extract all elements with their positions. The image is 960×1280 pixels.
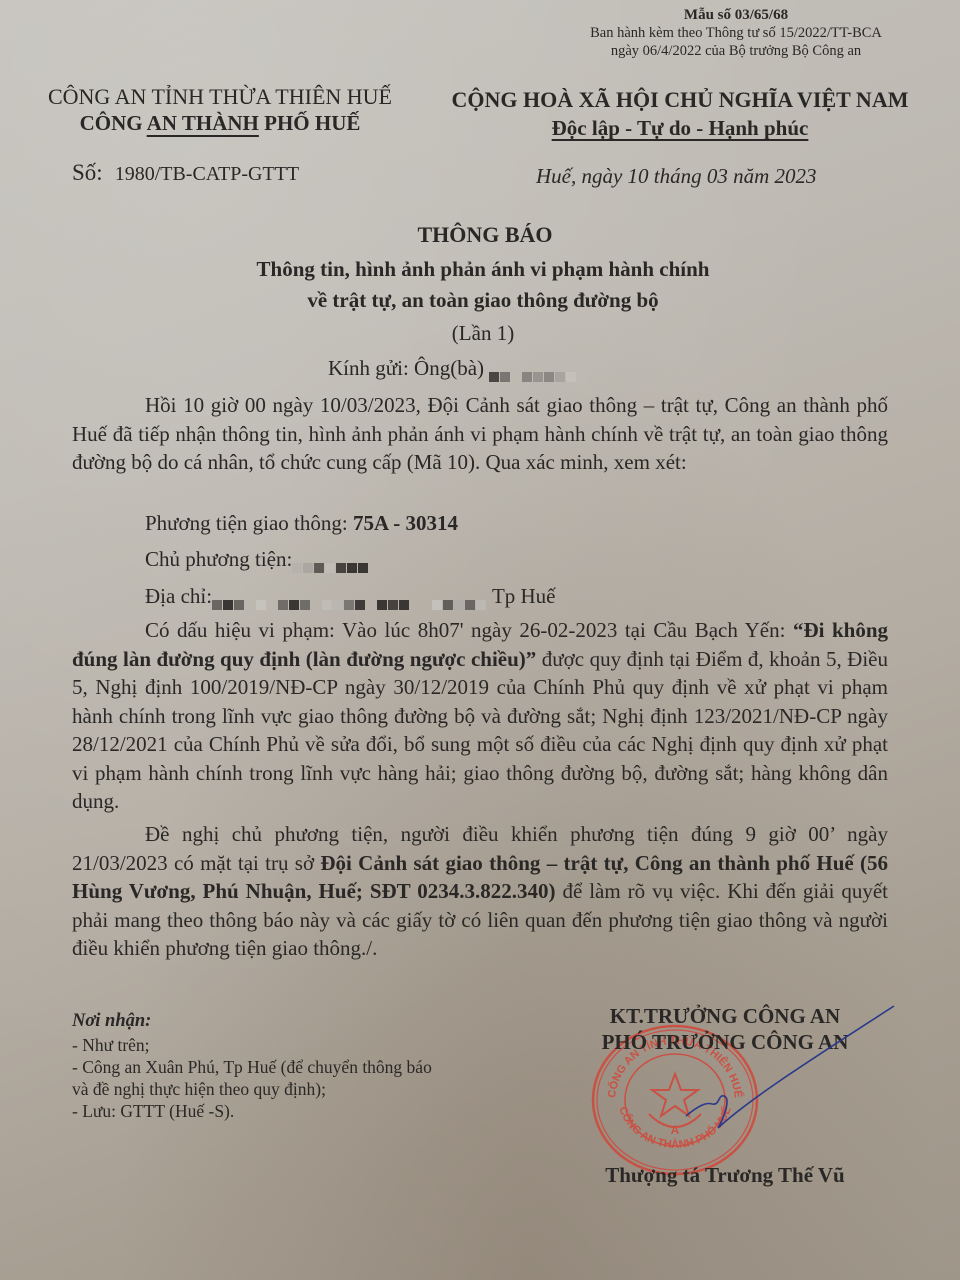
handwritten-signature-icon [680,998,900,1138]
place-date: Huế, ngày 10 tháng 03 năm 2023 [536,164,817,189]
document-title: THÔNG BÁO [0,222,960,248]
agency-name-underlined: AN THÀNH [147,111,259,135]
agency-name-part: PHỐ HUẾ [259,111,361,135]
recipient-item: - Như trên; [72,1034,432,1056]
paragraph-intake: Hồi 10 giờ 00 ngày 10/03/2023, Đội Cảnh … [72,391,888,477]
form-code: Mẫu số 03/65/68 [566,6,906,24]
document-subtitle: Thông tin, hình ảnh phản ánh vi phạm hàn… [0,254,960,316]
subtitle-line: về trật tự, an toàn giao thông đường bộ [0,285,960,316]
nation-motto: Độc lập - Tự do - Hạnh phúc [552,116,809,140]
address-label: Địa chỉ: [145,584,212,608]
vehicle-field: Phương tiện giao thông: 75A - 30314 [145,511,458,536]
paragraph-request: Đề nghị chủ phương tiện, người điều khiể… [72,820,888,963]
vehicle-label: Phương tiện giao thông: [145,511,348,535]
recipient-item: và đề nghị thực hiện theo quy định); [72,1078,432,1100]
redacted-name [489,363,588,377]
addressee: Kính gửi: Ông(bà) [328,356,588,381]
agency-name-part: CÔNG [80,111,147,135]
nation-name: CỘNG HOÀ XÃ HỘI CHỦ NGHĨA VIỆT NAM [430,86,930,114]
address-field: Địa chỉ: Tp Huế [145,584,556,609]
svg-text:A: A [671,1123,680,1137]
national-header: CỘNG HOÀ XÃ HỘI CHỦ NGHĨA VIỆT NAM Độc l… [430,86,930,142]
paragraph-violation: Có dấu hiệu vi phạm: Vào lúc 8h07' ngày … [72,616,888,816]
recipients-block: Nơi nhận: - Như trên; - Công an Xuân Phú… [72,1010,432,1122]
recipient-item: - Công an Xuân Phú, Tp Huế (để chuyển th… [72,1056,432,1078]
form-issued-by: Ban hành kèm theo Thông tư số 15/2022/TT… [566,24,906,42]
form-issued-date: ngày 06/4/2022 của Bộ trưởng Bộ Công an [566,42,906,60]
document-number: Số:1980/TB-CATP-GTTT [72,160,299,186]
redacted-address [212,591,487,605]
paragraph-text: Hồi 10 giờ 00 ngày 10/03/2023, Đội Cảnh … [72,393,888,474]
recipients-heading: Nơi nhận: [72,1010,432,1032]
document-number-label: Số: [72,160,103,185]
violation-intro: Có dấu hiệu vi phạm: Vào lúc 8h07' ngày … [145,618,793,642]
form-reference: Mẫu số 03/65/68 Ban hành kèm theo Thông … [566,6,906,60]
owner-label: Chủ phương tiện: [145,547,292,571]
issuing-agency: CÔNG AN TỈNH THỪA THIÊN HUẾ CÔNG AN THÀN… [30,84,410,136]
document-number-value: 1980/TB-CATP-GTTT [115,163,299,185]
subtitle-line: Thông tin, hình ảnh phản ánh vi phạm hàn… [0,254,960,285]
parent-agency: CÔNG AN TỈNH THỪA THIÊN HUẾ [30,84,410,110]
notice-round: (Lần 1) [0,321,960,346]
agency-name: CÔNG AN THÀNH PHỐ HUẾ [30,110,410,136]
recipient-item: - Lưu: GTTT (Huế -S). [72,1100,432,1122]
license-plate: 75A - 30314 [353,511,458,535]
addressee-label: Kính gửi: Ông(bà) [328,356,484,380]
redacted-owner [292,554,369,568]
owner-field: Chủ phương tiện: [145,547,369,572]
address-city: Tp Huế [492,584,556,608]
violation-legal-basis: được quy định tại Điểm đ, khoản 5, Điều … [72,647,888,814]
signer-name: Thượng tá Trương Thế Vũ [560,1163,890,1188]
